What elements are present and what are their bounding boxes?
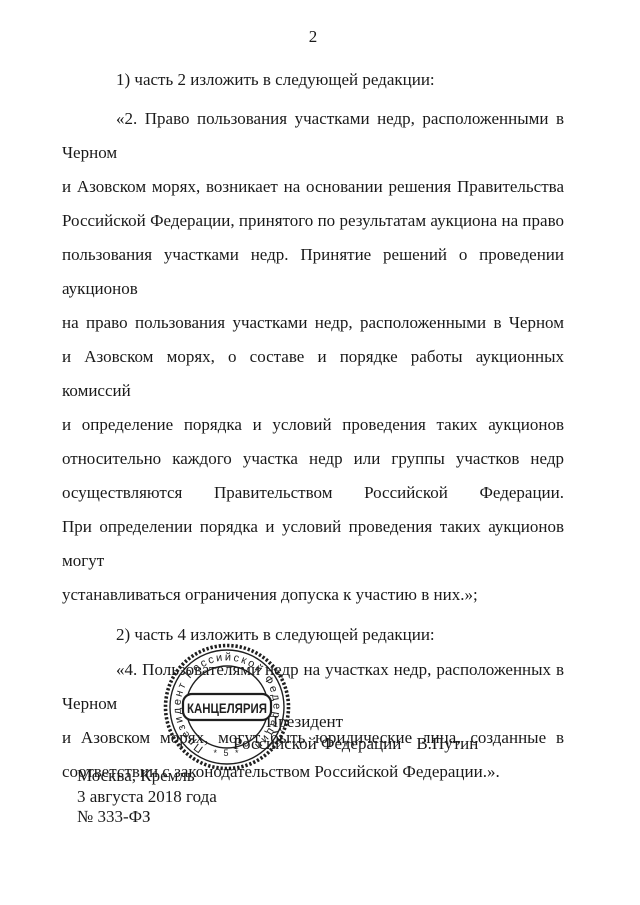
text-line: 2) часть 4 изложить в следующей редакции…: [62, 618, 564, 652]
stamp-center-text: КАНЦЕЛЯРИЯ: [187, 700, 267, 716]
law-number: № 333-ФЗ: [77, 807, 217, 828]
text-line: и определение порядка и условий проведен…: [62, 408, 564, 442]
paragraph-item: 2) часть 4 изложить в следующей редакции…: [62, 618, 564, 652]
text-line: на право пользования участками недр, рас…: [62, 306, 564, 340]
text-line: относительно каждого участка недр или гр…: [62, 442, 564, 476]
text-line: осуществляются Правительством Российской…: [62, 476, 564, 510]
paragraph-item: 1) часть 2 изложить в следующей редакции…: [62, 63, 564, 97]
signature-title-line1: Президент: [266, 711, 478, 732]
issuance-date: 3 августа 2018 года: [77, 787, 217, 808]
chancellery-stamp: Президент Российской Федерации * 5 * КАН…: [160, 640, 294, 774]
document-body: 1) часть 2 изложить в следующей редакции…: [62, 63, 564, 789]
text-line: «2. Право пользования участками недр, ра…: [62, 102, 564, 170]
text-line: и Азовском морях, о составе и порядке ра…: [62, 340, 564, 408]
text-line: и Азовском морях, возникает на основании…: [62, 170, 564, 204]
signature-name: В.Путин: [416, 734, 478, 753]
paragraph-quote: «2. Право пользования участками недр, ра…: [62, 102, 564, 612]
text-line: пользования участками недр. Принятие реш…: [62, 238, 564, 306]
document-page: 2 1) часть 2 изложить в следующей редакц…: [0, 0, 640, 905]
stamp-bottom-text: * 5 *: [213, 748, 240, 758]
text-line: Российской Федерации, принятого по резул…: [62, 204, 564, 238]
issuance-block: Москва, Кремль 3 августа 2018 года № 333…: [77, 766, 217, 828]
text-line: При определении порядка и условий провед…: [62, 510, 564, 578]
page-number: 2: [62, 27, 564, 47]
text-line: устанавливаться ограничения допуска к уч…: [62, 578, 564, 612]
text-line: 1) часть 2 изложить в следующей редакции…: [62, 63, 564, 97]
